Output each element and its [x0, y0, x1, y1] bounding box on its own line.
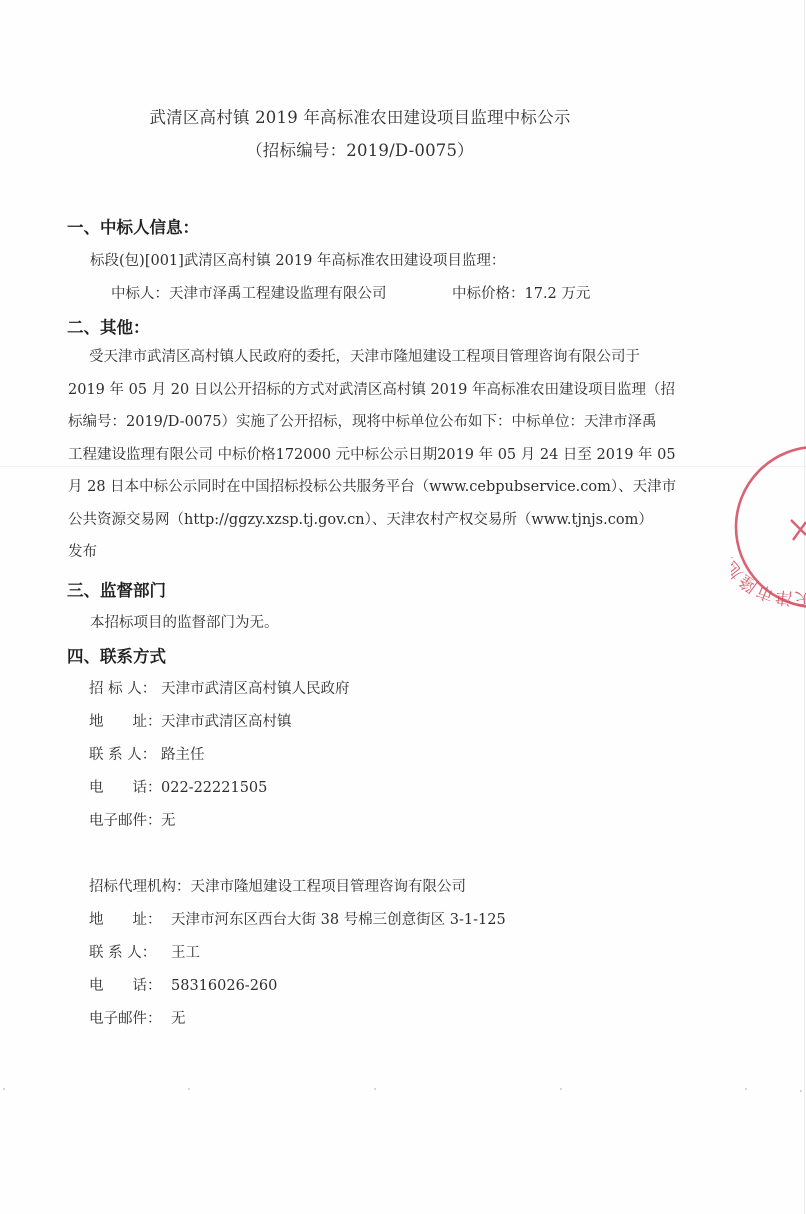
other-paragraph: 受天津市武清区高村镇人民政府的委托，天津市隆旭建设工程项目管理咨询有限公司于 2… [68, 341, 658, 569]
stamp-text: 天津市隆旭建设工程 [731, 485, 806, 608]
contact-value: 王工 [171, 945, 200, 961]
winner-value: 天津市泽禹工程建设监理有限公司 [169, 286, 387, 302]
scan-speck [800, 1090, 802, 1092]
contact-row-phone: 电 话：022-22221505 [89, 776, 267, 797]
paragraph-line: 2019 年 05 月 20 日以公开招标的方式对武清区高村镇 2019 年高标… [68, 374, 658, 407]
winner-row: 中标人：天津市泽禹工程建设监理有限公司 [111, 282, 387, 303]
contact-value: 路主任 [161, 747, 205, 763]
agency-row-phone: 电 话：58316026-260 [89, 974, 277, 995]
contact-row-address: 地 址：天津市武清区高村镇 [89, 710, 292, 731]
agency-value: 天津市隆旭建设工程项目管理咨询有限公司 [191, 879, 467, 895]
agency-row-person: 联 系 人：王工 [89, 941, 200, 962]
section-heading-other: 二、其他： [67, 314, 150, 338]
contact-value: 58316026-260 [171, 978, 277, 994]
winner-label: 中标人： [111, 286, 169, 302]
contact-value: 天津市河东区西台大街 38 号棉三创意街区 3-1-125 [171, 912, 506, 928]
contact-row-person: 联 系 人：路主任 [89, 743, 205, 764]
price-value: 17.2 万元 [525, 286, 591, 302]
contact-label: 电子邮件： [89, 809, 161, 830]
scan-speck [560, 1088, 562, 1090]
paragraph-line: 工程建设监理有限公司 中标价格172000 元中标公示日期2019 年 05 月… [68, 439, 658, 472]
svg-text:天津市隆旭建设工程: 天津市隆旭建设工程 [731, 485, 806, 608]
scan-speck [374, 1088, 376, 1090]
section-heading-contact: 四、联系方式 [67, 643, 166, 667]
section-heading-winner-info: 一、中标人信息： [67, 214, 199, 238]
official-seal-stamp-icon: 天津市隆旭建设工程 [731, 440, 806, 615]
lot-line: 标段(包)[001]武清区高村镇 2019 年高标准农田建设项目监理： [90, 249, 505, 270]
paragraph-line: 标编号：2019/D-0075）实施了公开招标，现将中标单位公布如下：中标单位：… [68, 406, 658, 439]
paragraph-line: 受天津市武清区高村镇人民政府的委托，天津市隆旭建设工程项目管理咨询有限公司于 [68, 341, 658, 374]
scan-speck [188, 1088, 190, 1090]
contact-label: 电子邮件： [89, 1007, 171, 1028]
document-title: 武清区高村镇 2019 年高标准农田建设项目监理中标公示 [0, 104, 720, 128]
price-row: 中标价格：17.2 万元 [452, 282, 590, 303]
contact-label: 电 话： [89, 776, 161, 797]
scan-speck [745, 1088, 747, 1090]
contact-label: 电 话： [89, 974, 171, 995]
paragraph-line: 公共资源交易网（http://ggzy.xzsp.tj.gov.cn）、天津农村… [68, 504, 658, 537]
contact-value: 天津市武清区高村镇 [161, 714, 292, 730]
contact-label: 联 系 人： [89, 743, 161, 764]
contact-value: 无 [171, 1011, 186, 1027]
document-page: 武清区高村镇 2019 年高标准农田建设项目监理中标公示 （招标编号：2019/… [0, 0, 806, 1214]
tender-number: （招标编号：2019/D-0075） [0, 137, 720, 161]
agency-row-address: 地 址：天津市河东区西台大街 38 号棉三创意街区 3-1-125 [89, 908, 506, 929]
contact-label: 地 址： [89, 710, 161, 731]
scan-speck [3, 1088, 5, 1090]
agency-label: 招标代理机构： [89, 879, 191, 895]
contact-row-email: 电子邮件：无 [89, 809, 176, 830]
contact-label: 联 系 人： [89, 941, 171, 962]
contact-label: 地 址： [89, 908, 171, 929]
agency-row-email: 电子邮件：无 [89, 1007, 186, 1028]
contact-value: 022-22221505 [161, 780, 267, 796]
contact-row-tenderer: 招 标 人：天津市武清区高村镇人民政府 [89, 677, 350, 698]
supervision-text: 本招标项目的监督部门为无。 [90, 611, 279, 632]
agency-row: 招标代理机构：天津市隆旭建设工程项目管理咨询有限公司 [89, 875, 466, 896]
price-label: 中标价格： [452, 286, 525, 302]
contact-value: 天津市武清区高村镇人民政府 [161, 681, 350, 697]
contact-value: 无 [161, 813, 176, 829]
contact-label: 招 标 人： [89, 677, 161, 698]
paragraph-line: 发布 [68, 536, 658, 569]
section-heading-supervision: 三、监督部门 [67, 577, 166, 601]
paragraph-line: 月 28 日本中标公示同时在中国招标投标公共服务平台（www.cebpubser… [68, 471, 658, 504]
